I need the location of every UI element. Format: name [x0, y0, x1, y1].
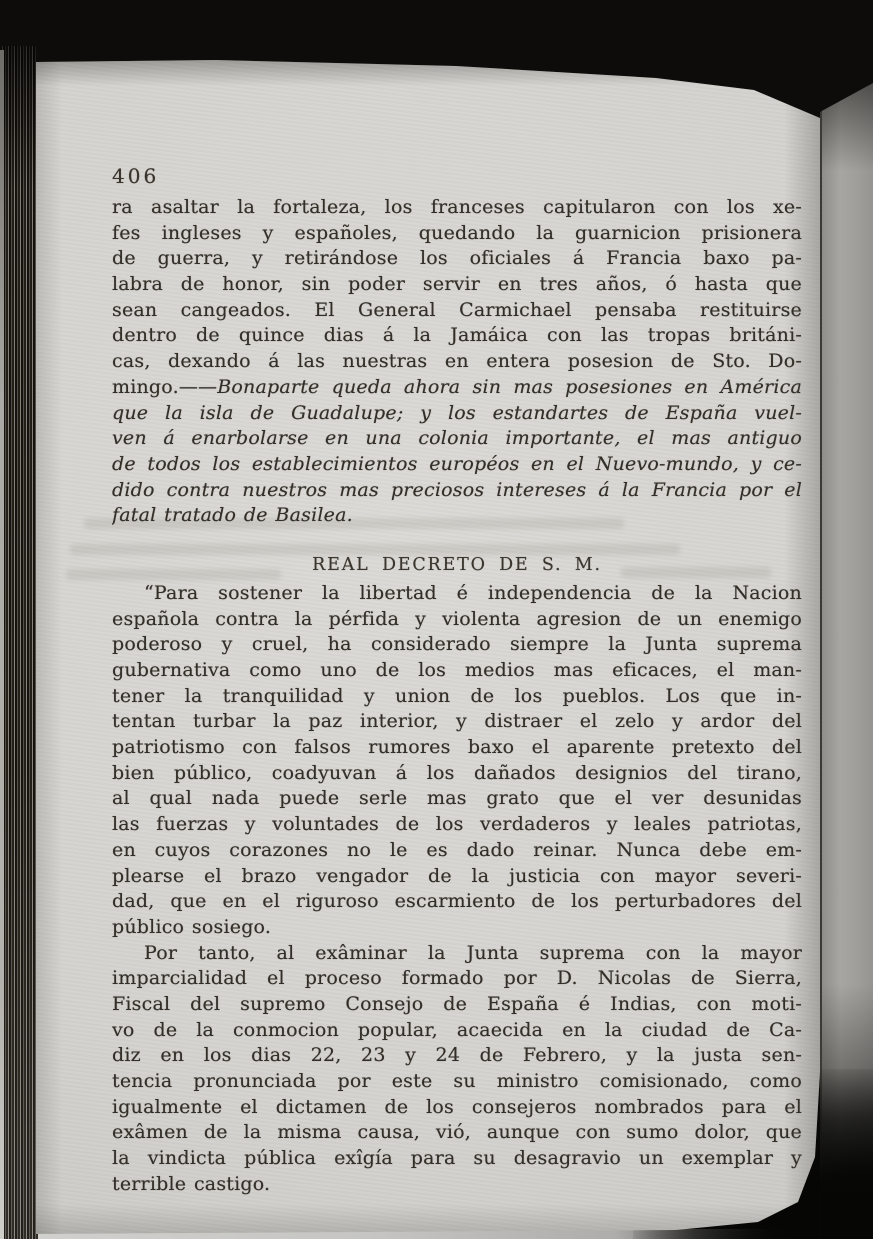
text-line: Fiscal del supremo Consejo de España é I…: [112, 992, 802, 1018]
text-line: sean cangeados. El General Carmichael pe…: [112, 298, 802, 324]
paragraph: ra asaltar la fortaleza, los franceses c…: [112, 195, 802, 529]
text-line: patriotismo con falsos rumores baxo el a…: [112, 735, 802, 761]
text-line: dentro de quince dias á la Jamáica con l…: [112, 323, 802, 349]
book-edge-sliver: [0, 50, 4, 1239]
text-line: tentan turbar la paz interior, y distrae…: [112, 709, 802, 735]
text-line: labra de honor, sin poder servir en tres…: [112, 272, 802, 298]
text-line: al qual nada puede serle mas grato que e…: [112, 786, 802, 812]
book-photo: 406 ra asaltar la fortaleza, los frances…: [0, 0, 873, 1239]
text-line: fatal tratado de Basilea.: [112, 503, 802, 529]
text-line: las fuerzas y voluntades de los verdader…: [112, 812, 802, 838]
text-line: público sosiego.: [112, 915, 802, 941]
text-line: igualmente el dictamen de los consejeros…: [112, 1095, 802, 1121]
text-line: fes ingleses y españoles, quedando la gu…: [112, 221, 802, 247]
text-line: tener la tranquilidad y union de los pue…: [112, 684, 802, 710]
text-line: tencia pronunciada por este su ministro …: [112, 1069, 802, 1095]
text-line: la vindicta pública exîgía para su desag…: [112, 1146, 802, 1172]
text-line: mingo.——Bonaparte queda ahora sin mas po…: [112, 375, 802, 401]
text-line: “Para sostener la libertad é independenc…: [112, 581, 802, 607]
text-line: bien público, coadyuvan á los dañados de…: [112, 761, 802, 787]
section-heading: REAL DECRETO DE S. M.: [112, 555, 802, 575]
text-line: dido contra nuestros mas preciosos inter…: [112, 478, 802, 504]
text-line: terrible castigo.: [112, 1172, 802, 1198]
text-line: plearse el brazo vengador de la justicia…: [112, 864, 802, 890]
next-page-edge: [820, 78, 873, 1239]
text-line: de todos los establecimientos européos e…: [112, 452, 802, 478]
text-line: en cuyos corazones no le es dado reinar.…: [112, 838, 802, 864]
text-line: vo de la conmocion popular, acaecida en …: [112, 1018, 802, 1044]
book-page: 406 ra asaltar la fortaleza, los frances…: [36, 52, 820, 1234]
text-line: imparcialidad el proceso formado por D. …: [112, 966, 802, 992]
text-line: que la isla de Guadalupe; y los estandar…: [112, 401, 802, 427]
text-line: poderoso y cruel, ha considerado siempre…: [112, 632, 802, 658]
text-line: ven á enarbolarse en una colonia importa…: [112, 426, 802, 452]
paragraph: Por tanto, al exâminar la Junta suprema …: [112, 941, 802, 1198]
text-line: exâmen de la misma causa, vió, aunque co…: [112, 1120, 802, 1146]
page-body: ra asaltar la fortaleza, los franceses c…: [112, 195, 802, 1197]
fore-edge-pages: [2, 46, 38, 1239]
page-number: 406: [112, 164, 159, 188]
text-line: de guerra, y retirándose los oficiales á…: [112, 246, 802, 272]
text-line: gubernativa como uno de los medios mas e…: [112, 658, 802, 684]
text-line: dad, que en el riguroso escarmiento de l…: [112, 889, 802, 915]
paragraph: “Para sostener la libertad é independenc…: [112, 581, 802, 941]
text-line: cas, dexando á las nuestras en entera po…: [112, 349, 802, 375]
text-line: española contra la pérfida y violenta ag…: [112, 607, 802, 633]
text-line: ra asaltar la fortaleza, los franceses c…: [112, 195, 802, 221]
text-line: diz en los dias 22, 23 y 24 de Febrero, …: [112, 1043, 802, 1069]
text-line: Por tanto, al exâminar la Junta suprema …: [112, 941, 802, 967]
